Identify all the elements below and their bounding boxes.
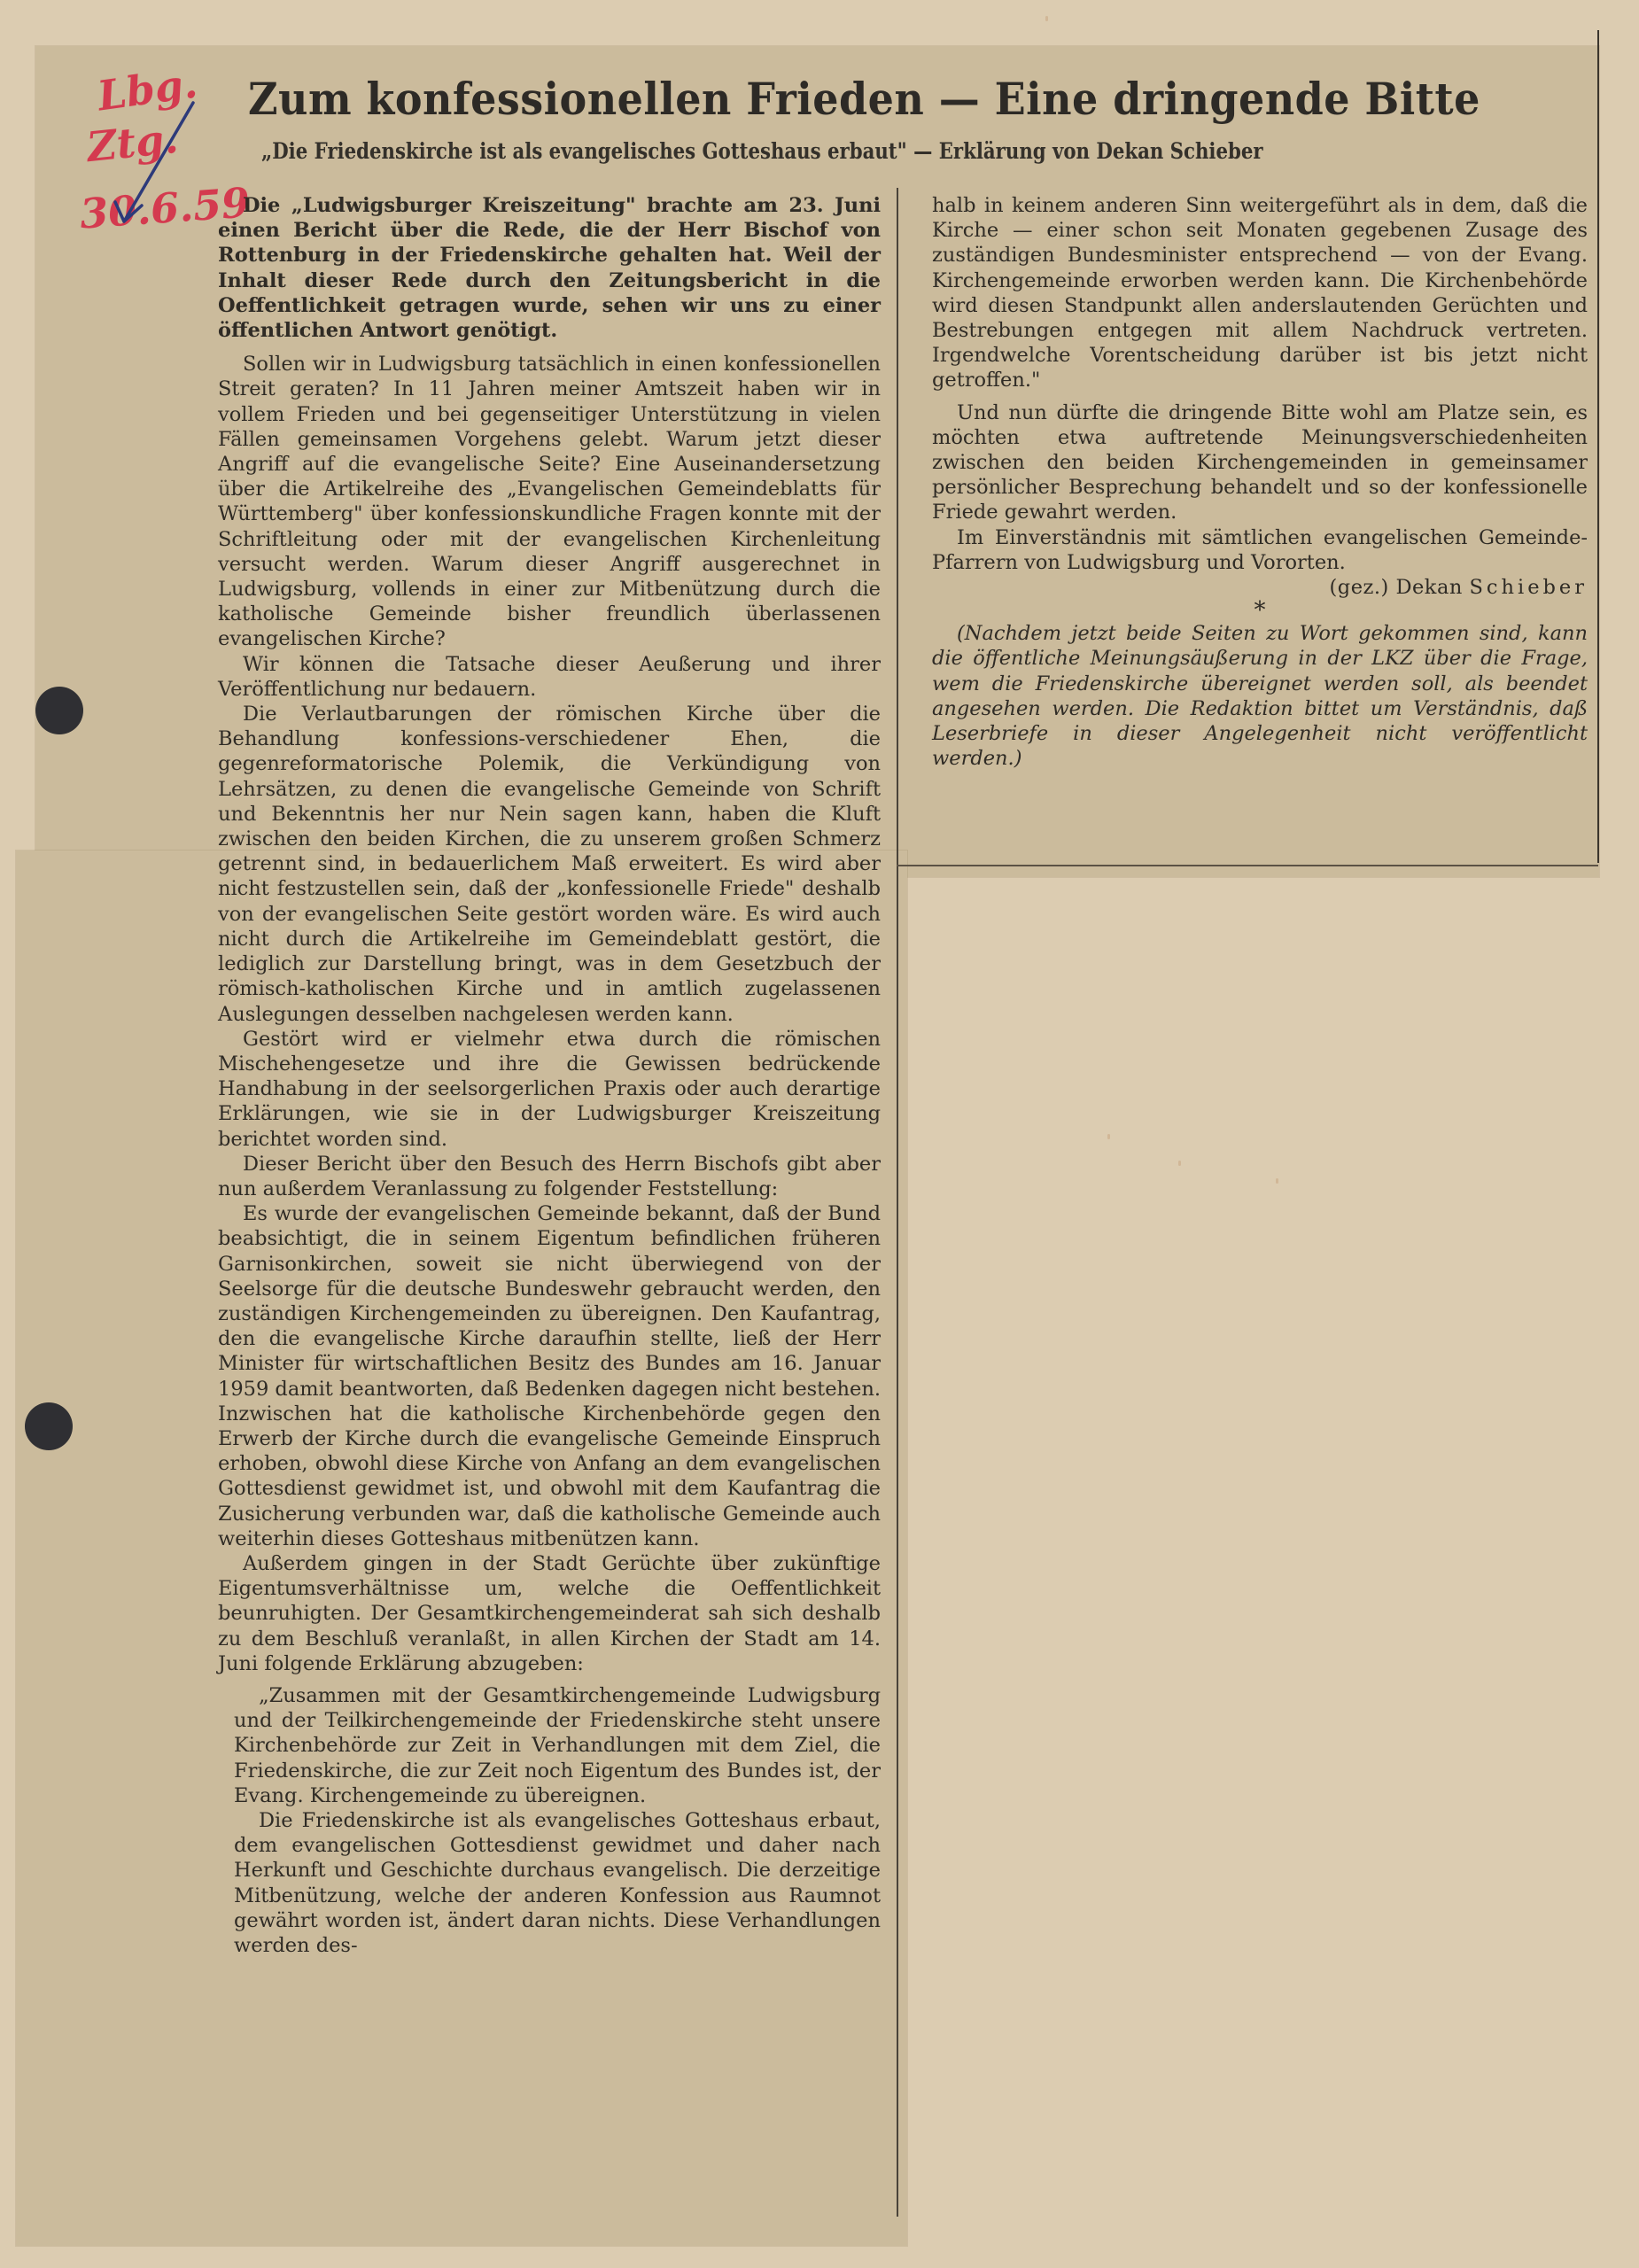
article-paragraph: Gestört wird er vielmehr etwa durch die … xyxy=(218,1027,881,1152)
paper-speck xyxy=(1276,1178,1278,1184)
section-separator: * xyxy=(932,600,1588,621)
article-subheadline: „Die Friedenskirche ist als evangelische… xyxy=(261,138,1376,164)
paper-speck xyxy=(1045,16,1048,21)
article-paragraph: Dieser Bericht über den Besuch des Herrn… xyxy=(218,1152,881,1201)
article-paragraph: Außerdem gingen in der Stadt Gerüchte üb… xyxy=(218,1551,881,1676)
quote-paragraph: Die Friedenskirche ist als evangelisches… xyxy=(234,1808,881,1958)
editor-note-text: (Nachdem jetzt beide Seiten zu Wort geko… xyxy=(932,621,1588,771)
article-paragraph: Wir können die Tatsache dieser Aeußerung… xyxy=(218,652,881,702)
article-headline: Zum konfessionellen Frieden — Eine dring… xyxy=(248,73,1455,125)
article-paragraph: Im Einverständnis mit sämtlichen evangel… xyxy=(932,525,1588,575)
paper-speck xyxy=(1107,1134,1110,1139)
editor-note: (Nachdem jetzt beide Seiten zu Wort geko… xyxy=(932,621,1588,771)
checkmark-icon xyxy=(105,96,202,229)
hole-punch-upper xyxy=(35,687,83,734)
article-paragraph: Es wurde der evangelischen Gemeinde beka… xyxy=(218,1201,881,1551)
clipping-bottom-edge xyxy=(897,865,1598,866)
article-right-column: halb in keinem anderen Sinn weitergeführ… xyxy=(932,193,1588,771)
article-paragraph: Sollen wir in Ludwigsburg tatsächlich in… xyxy=(218,352,881,651)
signature-prefix: (gez.) Dekan xyxy=(1330,576,1470,599)
clipping-right-rule xyxy=(1597,30,1599,863)
article-paragraph: Und nun dürfte die dringende Bitte wohl … xyxy=(932,400,1588,525)
article-lead-paragraph: Die „Ludwigsburger Kreiszeitung" brachte… xyxy=(218,193,881,343)
author-signature: (gez.) Dekan Schieber xyxy=(932,575,1588,600)
hole-punch-lower xyxy=(25,1402,73,1450)
article-left-column: Die „Ludwigsburger Kreiszeitung" brachte… xyxy=(218,193,881,1958)
quote-paragraph: „Zusammen mit der Gesamtkirchengemeinde … xyxy=(234,1683,881,1808)
signature-name: Schieber xyxy=(1470,576,1589,599)
article-paragraph: Die Verlautbarungen der römischen Kirche… xyxy=(218,702,881,1027)
quote-continuation: halb in keinem anderen Sinn weitergeführ… xyxy=(932,193,1588,393)
paper-speck xyxy=(1178,1161,1181,1166)
church-declaration-quote: „Zusammen mit der Gesamtkirchengemeinde … xyxy=(218,1683,881,1958)
column-divider xyxy=(897,188,898,2217)
